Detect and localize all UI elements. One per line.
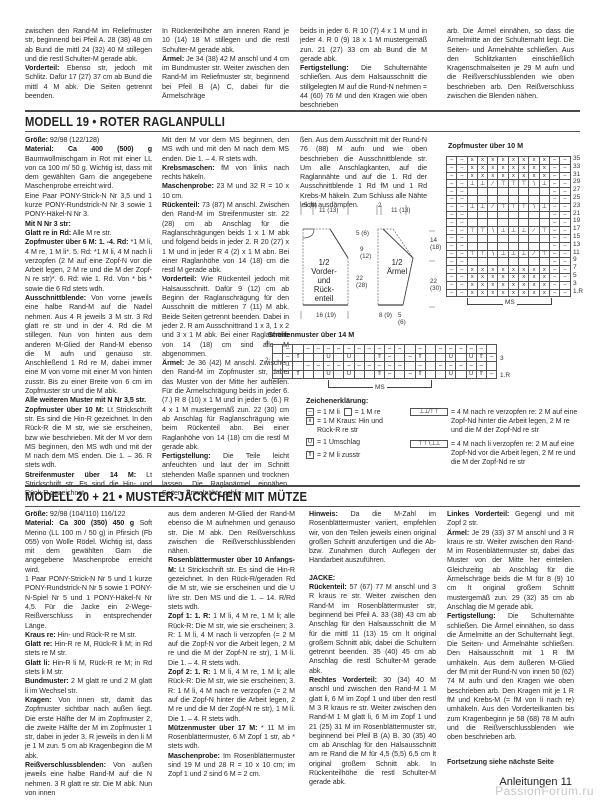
- model20-title: MODELL 20 + 21 • MUSTER-JÄCKCHEN MIT MÜT…: [25, 489, 502, 504]
- streifen-chart-row: –⇑UU⇑––⇑UU⇑–: [273, 353, 497, 362]
- sleeve-label: 1/2 Ärmel: [382, 258, 412, 276]
- garter-symbol-icon: x: [306, 417, 314, 425]
- model19-title: MODELL 19 • ROTER RAGLANPULLI: [25, 114, 502, 129]
- m20-muetze-label: Mützenmuster über 17 M:: [168, 724, 257, 732]
- sleeve-right-dim-2: 22 (30): [430, 278, 444, 292]
- zopf-chart-grid: ––xxxxxxxx––––xxxxxxxx––––xxxxxxxx––––⊥⊥…: [446, 156, 571, 297]
- sleeve-top-width-dim: 11 (13): [391, 207, 410, 214]
- top-column-4: arb. Die Ärmel einnähen, so dass die Ärm…: [447, 27, 574, 101]
- m20-zopf2-label: Zopf 2: 1. R:: [168, 668, 210, 676]
- legend-p2tog-text: = 2 M li zusstr: [317, 452, 360, 459]
- body-right-dim-1: 5 (6): [356, 230, 369, 237]
- m20-material-label: Material: Ca 300 (350) 450 g: [25, 519, 134, 527]
- body-right-dim-3: 22 (28): [356, 275, 372, 289]
- zopf-row-label: 17: [573, 225, 583, 233]
- top-col1-text: zwischen den Rand-M im Reliefmuster str,…: [25, 27, 152, 64]
- zopf10-label: Zopfmuster über 10 M:: [25, 406, 104, 414]
- material-text: Baumwollmischgarn in Rot mit einer LL vo…: [25, 155, 152, 191]
- model19-column-3: ßen. Aus dem Ausschnitt mit der Rund-N 7…: [300, 136, 427, 210]
- m20-zopf2-text: 1 M li, 4 M re, 1 M li; alle Rück-R: Die…: [168, 668, 295, 722]
- m20-kragen-label: Kragen:: [25, 696, 51, 704]
- vorderteil-label: Vorderteil:: [162, 275, 196, 283]
- legend-knit-text: = 1 M re: [355, 409, 381, 416]
- aermel-text: Je 36 (42) M anschl. Zwischen den Rand-M…: [162, 359, 289, 451]
- top-col3-label: Fertigstellung:: [300, 64, 349, 72]
- zopf10-text: Lt Strickschrift str. Es sind die Hin-R …: [25, 406, 152, 470]
- zopf-ms-label: MS: [503, 299, 517, 306]
- header2-rule-top: [25, 485, 580, 487]
- zopf-chart-row: ––xxxxxxxx––: [447, 289, 571, 297]
- zopf-chart-row: ––––: [447, 188, 571, 196]
- zopf-chart-row: ––⊥⊥⁄⊤⊤⊤∖⊥––: [447, 203, 571, 211]
- m20-glatt-li-label: Glatt li:: [25, 659, 50, 667]
- zopf-row-label: 3: [573, 280, 583, 288]
- streifen-chart-grid: ––––––––––––––––––⇑UU⇑––⇑UU⇑––––––––––––…: [272, 344, 497, 379]
- body-top-width-dim: 11 (13): [319, 207, 338, 214]
- zopf-row-label: 19: [573, 217, 583, 225]
- top-column-2: In Rückenteilhöhe am inneren Rand je 10 …: [162, 27, 289, 101]
- legend-cable-right: ⊥⊥⁄⊤⊤ = 4 M nach re verzopfen re: 2 M au…: [410, 408, 580, 436]
- m20-rvorder-text: 30 (34) 40 M anschl und zwischen den Ran…: [309, 676, 436, 786]
- zopf-row-label: 21: [573, 210, 583, 218]
- sleeve-bottom-dim-1: 8 (9): [379, 312, 392, 319]
- zopf-chart-row: ––⊤⊤∖⊥⊥⊥⁄⊤––: [447, 250, 571, 258]
- m20-aermel-label: Ärmel:: [447, 529, 469, 537]
- m20-rvorder-label: Rechtes Vorderteil:: [309, 676, 377, 684]
- size-value: 92/98 (122/128): [48, 136, 99, 144]
- zopf-row-label: 13: [573, 241, 583, 249]
- streifen-left-label-4: 4: [265, 340, 269, 347]
- m20-material-text: Soft Merino (LL 100 m / 50 g) in Pfirsic…: [25, 519, 152, 573]
- rueckenteil-text: 73 (87) M anschl. Zwischen den Rand-M im…: [162, 201, 289, 274]
- legend-garter-text: = 1 M Kraus: Hin und Rück-R re str: [317, 417, 387, 435]
- streifen-ms-label: MS: [373, 384, 387, 391]
- m20-rosen-text: Lt Strickschrift str. Es sind die Hin-R …: [168, 566, 295, 611]
- streifen-chart-title: Streifenmuster über 14 M: [268, 330, 354, 339]
- legend-cable-right-text: = 4 M nach re verzopfen re: 2 M auf eine…: [451, 408, 580, 436]
- needle-size-label: Mit N Nr 3 str:: [25, 220, 71, 228]
- zopf-chart-row: ––xxxxxxxx––: [447, 172, 571, 180]
- legend-left: –= 1 M li = 1 M re x= 1 M Kraus: Hin und…: [306, 408, 421, 460]
- m20-zopf1-label: Zopf 1: 1. R:: [168, 612, 210, 620]
- zopf-row-label: 15: [573, 233, 583, 241]
- top-col3-text: beids in jeder 6. R 10 (7) 4 x 1 M und i…: [300, 27, 427, 64]
- streifen-chart-row: –⇑UU⇑––⇑UU⇑–: [273, 370, 497, 379]
- streifen-label: Streifenmuster über 14 M:: [25, 471, 136, 479]
- zopf-chart-row: ––––: [447, 258, 571, 266]
- needles-text: Eine Paar PONY-Strick-N Nr 3,5 und 1 kur…: [25, 192, 152, 219]
- m20-col2-intro: aus dem anderen M-Glied der Rand-M ebens…: [168, 510, 295, 555]
- zopf-chart-row: ––––: [447, 242, 571, 250]
- header2-rule-bottom: [25, 506, 580, 507]
- m20-maschenprobe-label: Maschenprobe:: [168, 752, 220, 760]
- fertigstellung-label: Fertigstellung:: [162, 452, 211, 460]
- m20-kragen-text: Von innen str, damit das Zopfmuster sich…: [25, 696, 152, 760]
- zopf-chart-row: ––xxxxxxxx––: [447, 157, 571, 165]
- krebs-label: Krebsmaschen:: [162, 164, 215, 172]
- top-col2-text: In Rückenteilhöhe am inneren Rand je 10 …: [162, 27, 289, 55]
- material-label: Material: Ca 400 (500) g: [25, 145, 152, 153]
- model19-column-2: Mit den M vor dem MS beginnen, den MS wd…: [162, 136, 289, 499]
- sleeve-bottom-dim-2: 5 (6): [398, 312, 408, 326]
- m20-lvorder-label: Linkes Vorderteil:: [447, 510, 509, 518]
- model20-column-2: aus dem anderen M-Glied der Rand-M ebens…: [168, 510, 295, 780]
- model19-column-1: Größe: 92/98 (122/128) Material: Ca 400 …: [25, 136, 152, 499]
- m20-rv-label: Reißverschlussblenden:: [25, 761, 106, 769]
- m20-ruecken-label: Rückenteil:: [309, 583, 347, 591]
- glatt-text: Alle M re str.: [71, 229, 111, 237]
- zopf-row-label: 1.R: [573, 288, 583, 296]
- header-rule-top: [25, 110, 580, 112]
- weitere-muster-label: Alle weiteren Muster mit N Nr 3,5 str.: [25, 396, 146, 404]
- rueckenteil-label: Rückenteil:: [162, 201, 200, 209]
- zopf-chart-row: ––––: [447, 234, 571, 242]
- zopf-row-label: 29: [573, 178, 583, 186]
- m20-zopf1-text: 1 M li, 4 M re, 1 M li; alle Rück-R: Die…: [168, 612, 295, 666]
- zopf-row-label: 9: [573, 256, 583, 264]
- m20-fertig-text: Die Schulternähte schließen. Die Ärmel e…: [447, 612, 574, 741]
- body-bottom-dim: 16 (19): [316, 312, 336, 319]
- sleeve-right-dim-1: 14 (18): [430, 237, 444, 251]
- size-label: Größe:: [25, 136, 48, 144]
- zopf-chart-row-labels: 3533312927252321191715131197531.R: [573, 155, 583, 295]
- streifen-chart-row: –––––––––––––––––: [273, 345, 497, 354]
- legend-cable-left: ⊤⊤∖⊥⊥ = 4 M nach li verzopfen re: 2 M au…: [410, 440, 580, 468]
- legend-title: Zeichenerklärung:: [306, 396, 368, 405]
- zopf-chart-row: ––xxxxxxxx––: [447, 273, 571, 281]
- zopf-row-label: 27: [573, 186, 583, 194]
- zopf-row-label: 5: [573, 272, 583, 280]
- m20-jacke-label: JACKE:: [309, 574, 335, 582]
- zopf6-text: *1 M li, 4 M re, 1 M li*. 5. Rd: *1 M li…: [25, 238, 152, 292]
- magazine-page: zwischen den Rand-M im Reliefmuster str,…: [0, 0, 600, 800]
- m20-kraus-label: Kraus re:: [25, 631, 56, 639]
- body-label: 1/2 Vorder- und Rück- enteil: [308, 258, 340, 303]
- ausschnittblende-label: Ausschnittblende:: [25, 294, 86, 302]
- m20-aermel-text: Je 29 (33) 37 M anschl und 3 R kraus re …: [447, 529, 574, 611]
- model20-column-3: Hinweis: Da die M-Zahl im Rosenblättermu…: [309, 510, 436, 788]
- aermel-label: Ärmel:: [162, 359, 184, 367]
- ausschnittblende-text: Von vorne jeweils eine halbe Rand-M auf …: [25, 294, 152, 395]
- yarn-over-symbol-icon: U: [306, 438, 314, 446]
- zopf-chart-row: ––––: [447, 211, 571, 219]
- zopf-chart-row: ––xxxxxxxx––: [447, 281, 571, 289]
- zopf-row-label: 25: [573, 194, 583, 202]
- zopf-row-label: 11: [573, 249, 583, 257]
- top-column-3: beids in jeder 6. R 10 (7) 4 x 1 M und i…: [300, 27, 427, 111]
- m20-ruecken-text: 57 (67) 77 M anschl und 3 R kraus re str…: [309, 583, 436, 675]
- streifen-left-label-2: 2: [265, 357, 269, 364]
- knit-symbol-icon: [344, 408, 352, 416]
- zopf-chart-row: ––––: [447, 219, 571, 227]
- cable-left-symbol-icon: ⊤⊤∖⊥⊥: [410, 440, 448, 448]
- zopf-row-label: 23: [573, 202, 583, 210]
- m20-kraus-text: Hin- und Rück-R re M str.: [56, 631, 137, 639]
- model20-column-4: Linkes Vorderteil: Gegengl und mit Zopf …: [447, 510, 574, 742]
- top-column-1: zwischen den Rand-M im Reliefmuster str,…: [25, 27, 152, 101]
- sleeve-top-left-dim: 2: [378, 202, 382, 209]
- top-col1-label: Vorderteil:: [25, 64, 59, 72]
- zopf-chart-row: ––⊥⊥⁄⊤⊤⊤∖⊥––: [447, 180, 571, 188]
- zopf6-label: Zopfmuster über 6 M: 1. -4. Rd:: [25, 238, 129, 246]
- m20-fertig-label: Fertigstellung:: [447, 612, 496, 620]
- m20-hinweis-label: Hinweis:: [309, 510, 338, 518]
- zopf-chart-row: ––xxxxxxxx––: [447, 266, 571, 274]
- purl-symbol-icon: –: [306, 408, 314, 416]
- legend-cable-left-text: = 4 M nach li verzopfen re: 2 M auf eine…: [451, 440, 580, 468]
- m20-size-label: Größe:: [25, 510, 48, 518]
- top-col4-text: arb. Die Ärmel einnähen, so dass die Ärm…: [447, 27, 574, 101]
- zopf-chart-title: Zopfmuster über 10 M: [448, 141, 523, 150]
- cable-right-symbol-icon: ⊥⊥⁄⊤⊤: [410, 408, 448, 416]
- m20-needles-text: 1 Paar PONY-Strick-N Nr 5 und 1 kurze PO…: [25, 575, 152, 629]
- glatt-label: Glatt re in Rd:: [25, 229, 71, 237]
- zopf-row-label: 31: [573, 171, 583, 179]
- model20-column-1: Größe: 92/98 (104/110) 116/122 Material:…: [25, 510, 152, 798]
- m20-bund-label: Bundmuster:: [25, 677, 69, 685]
- zopf-row-label: 35: [573, 155, 583, 163]
- ms-text: Mit den M vor dem MS beginnen, den MS wd…: [162, 136, 289, 163]
- maschenprobe-label: Maschenprobe:: [162, 182, 214, 190]
- m20-glatt-re-label: Glatt re:: [25, 640, 52, 648]
- col3-text: ßen. Aus dem Ausschnitt mit der Rund-N 7…: [300, 136, 427, 210]
- zopf-chart-row: ––––: [447, 195, 571, 203]
- streifen-right-label-1r: 1.R: [500, 372, 510, 379]
- header-rule-bottom: [25, 131, 580, 132]
- m20-size-value: 92/98 (104/110) 116/122: [48, 510, 125, 518]
- p2tog-symbol-icon: ⇑: [306, 451, 314, 459]
- body-top-left-dim: 5 (6): [304, 203, 317, 210]
- streifen-right-label-3: 3: [500, 355, 504, 362]
- zopf-chart-row: ––xxxxxxxx––: [447, 164, 571, 172]
- legend-yo-text: = 1 Umschlag: [317, 439, 360, 446]
- vorderteil-text: Wie Rückenteil jedoch mit Halsausschnitt…: [162, 275, 289, 357]
- top-col2-label: Ärmel:: [162, 55, 184, 63]
- zopf-chart-row: ––⊤⊤∖⊥⊥⊥⁄⊤––: [447, 227, 571, 235]
- zopf-row-label: 33: [573, 163, 583, 171]
- watermark: PassionForum.ru: [495, 784, 594, 798]
- body-right-dim-2: 9 (12): [360, 246, 374, 260]
- continuation-note: Fortsetzung siehe nächste Seite: [447, 758, 574, 767]
- legend-purl-text: = 1 M li: [317, 409, 340, 416]
- zopf-row-label: 7: [573, 264, 583, 272]
- streifen-chart-row: –––––––––––––––––: [273, 362, 497, 371]
- m20-hinweis-text: Da die M-Zahl im Rosenblättermuster vari…: [309, 510, 436, 564]
